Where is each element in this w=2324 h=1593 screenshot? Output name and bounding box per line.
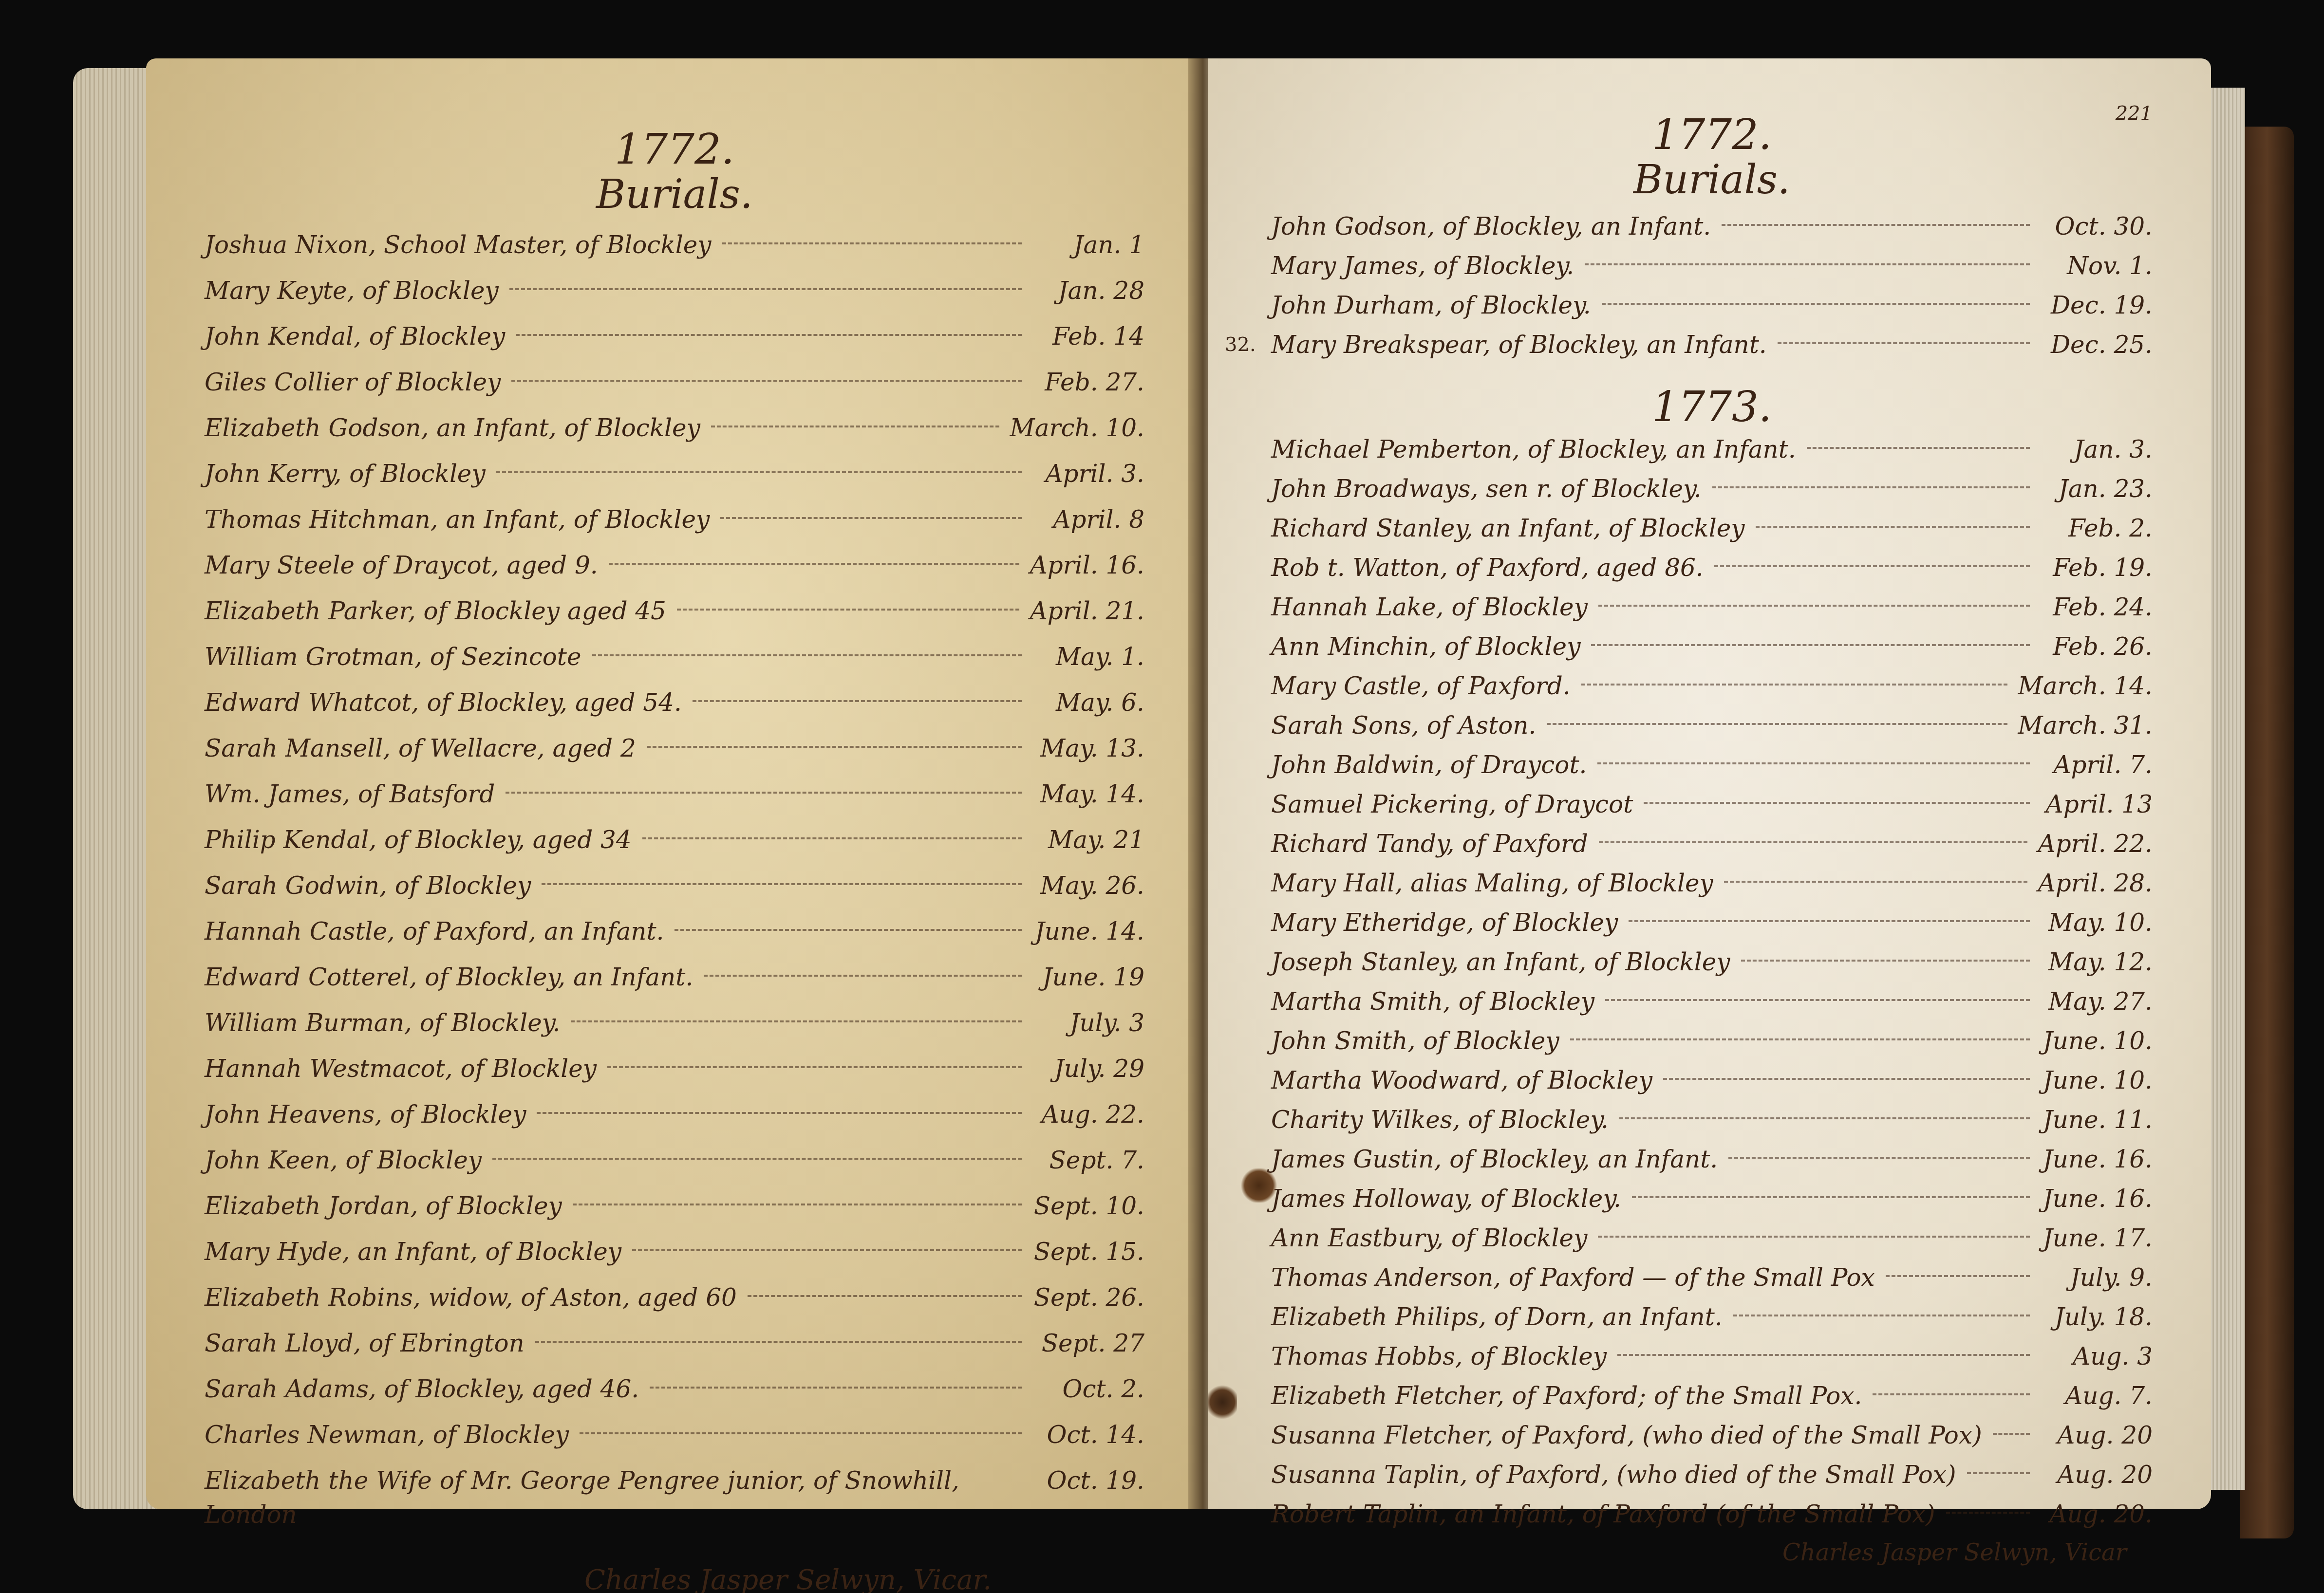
- left-page: 1772. Burials. Joshua Nixon, School Mast…: [146, 58, 1198, 1509]
- entry-name: William Grotman, of Sezincote: [205, 633, 581, 680]
- burial-entry: John Godson, of Blockley, an Infant.Oct.…: [1271, 207, 2153, 246]
- entry-name: Mary Castle, of Paxford.: [1271, 667, 1571, 706]
- entry-date: June. 16.: [2041, 1179, 2153, 1219]
- entry-name: Elizabeth Godson, an Infant, of Blockley: [205, 405, 700, 451]
- entry-date: Feb. 19.: [2041, 548, 2153, 588]
- leader-line: [516, 334, 1022, 336]
- vicar-signature: Charles Jasper Selwyn, Vicar.: [205, 1564, 1144, 1593]
- entry-date: Sept. 7.: [1032, 1137, 1144, 1184]
- page-year: 1772.: [205, 127, 1144, 173]
- leader-line: [1724, 881, 2027, 883]
- entry-date: April. 3.: [1032, 450, 1144, 497]
- entry-name: John Durham, of Blockley.: [1271, 286, 1591, 325]
- leader-line: [642, 837, 1022, 839]
- entry-name: Hannah Westmacot, of Blockley: [205, 1045, 597, 1092]
- entry-name: John Smith, of Blockley: [1271, 1021, 1559, 1061]
- entry-name: Elizabeth Parker, of Blockley aged 45: [205, 588, 666, 634]
- entry-name: Mary James, of Blockley.: [1271, 246, 1574, 286]
- entry-name: Elizabeth Fletcher, of Paxford; of the S…: [1271, 1376, 1862, 1416]
- entry-date: April. 21.: [1030, 588, 1144, 634]
- burial-entry: Joseph Stanley, an Infant, of BlockleyMa…: [1271, 943, 2153, 982]
- entry-name: James Holloway, of Blockley.: [1271, 1179, 1621, 1219]
- entry-name: Thomas Hitchman, an Infant, of Blockley: [205, 496, 710, 543]
- entry-name: Sarah Godwin, of Blockley: [205, 862, 531, 909]
- entry-name: Edward Cotterel, of Blockley, an Infant.: [205, 954, 693, 1000]
- entry-name: Ann Minchin, of Blockley: [1271, 627, 1580, 667]
- page-heading: Burials.: [205, 173, 1144, 217]
- burial-entry: Susanna Fletcher, of Paxford, (who died …: [1271, 1416, 2153, 1455]
- page-number: 221: [2116, 102, 2153, 125]
- entry-date: May. 21: [1032, 816, 1144, 863]
- burial-entry: Richard Tandy, of PaxfordApril. 22.: [1271, 824, 2153, 864]
- entry-name: Hannah Lake, of Blockley: [1271, 588, 1588, 627]
- entry-name: Elizabeth the Wife of Mr. George Pengree…: [205, 1463, 1011, 1532]
- entry-date: Jan. 23.: [2041, 469, 2153, 509]
- leader-line: [509, 288, 1022, 290]
- entry-date: Feb. 24.: [2041, 588, 2153, 627]
- page-year-1773: 1773.: [1271, 384, 2153, 430]
- entry-name: John Kerry, of Blockley: [205, 450, 486, 497]
- leader-line: [675, 929, 1022, 931]
- entry-name: Michael Pemberton, of Blockley, an Infan…: [1271, 430, 1796, 469]
- entry-date: July. 18.: [2041, 1297, 2153, 1337]
- entry-date: April. 28.: [2038, 864, 2153, 903]
- leader-line: [1598, 1236, 2030, 1238]
- entry-name: Sarah Lloyd, of Ebrington: [205, 1320, 525, 1367]
- entry-date: Feb. 26.: [2041, 627, 2153, 667]
- leader-line: [1993, 1433, 2030, 1435]
- leader-line: [720, 517, 1022, 519]
- leader-line: [647, 746, 1022, 748]
- burial-entry: John Smith, of BlockleyJune. 10.: [1271, 1021, 2153, 1061]
- entry-date: March. 31.: [2018, 706, 2153, 745]
- burial-entry: Elizabeth Philips, of Dorn, an Infant.Ju…: [1271, 1297, 2153, 1337]
- burial-entry: James Holloway, of Blockley.June. 16.: [1271, 1179, 2153, 1219]
- entry-date: April. 13: [2041, 785, 2153, 824]
- entry-date: Jan. 28: [1032, 267, 1144, 314]
- entry-date: Sept. 15.: [1032, 1228, 1144, 1275]
- leader-line: [1547, 723, 2007, 725]
- burial-entry: Sarah Sons, of Aston.March. 31.: [1271, 706, 2153, 745]
- entry-date: May. 13.: [1032, 725, 1144, 772]
- entry-name: Charity Wilkes, of Blockley.: [1271, 1100, 1609, 1140]
- leader-line: [1598, 605, 2030, 607]
- entry-date: Aug. 20: [2041, 1416, 2153, 1455]
- burial-entry: Sarah Mansell, of Wellacre, aged 2May. 1…: [205, 725, 1144, 771]
- entry-date: March. 10.: [1010, 405, 1144, 451]
- leader-line: [592, 654, 1022, 656]
- entry-date: Feb. 2.: [2041, 509, 2153, 548]
- entry-name: William Burman, of Blockley.: [205, 1000, 560, 1046]
- entry-name: Hannah Castle, of Paxford, an Infant.: [205, 908, 664, 955]
- entry-name: Joseph Stanley, an Infant, of Blockley: [1271, 943, 1730, 982]
- burial-entry: Ann Eastbury, of BlockleyJune. 17.: [1271, 1219, 2153, 1258]
- entry-name: John Kendal, of Blockley: [205, 313, 505, 360]
- leader-line: [704, 975, 1022, 977]
- burial-entry: Sarah Godwin, of BlockleyMay. 26.: [205, 862, 1144, 908]
- leader-line: [1714, 565, 2030, 567]
- burial-entry: Elizabeth Fletcher, of Paxford; of the S…: [1271, 1376, 2153, 1416]
- burial-entries-1772: John Godson, of Blockley, an Infant.Oct.…: [1271, 207, 2153, 365]
- burial-entry: Sarah Adams, of Blockley, aged 46.Oct. 2…: [205, 1366, 1144, 1411]
- leader-line: [537, 1112, 1022, 1114]
- burial-entry: Robert Taplin, an Infant, of Paxford (of…: [1271, 1495, 2153, 1534]
- leader-line: [1728, 1157, 2030, 1159]
- leader-line: [1599, 841, 2027, 843]
- burial-entry: Elizabeth Parker, of Blockley aged 45Apr…: [205, 588, 1144, 633]
- burial-entry: Samuel Pickering, of DraycotApril. 13: [1271, 785, 2153, 824]
- leader-line: [1629, 920, 2030, 922]
- leader-line: [1946, 1512, 2030, 1514]
- entry-date: June. 11.: [2041, 1100, 2153, 1140]
- entry-date: June. 14.: [1032, 908, 1144, 955]
- burial-entry: Ann Minchin, of BlockleyFeb. 26.: [1271, 627, 2153, 667]
- leader-line: [748, 1295, 1022, 1297]
- burial-entry: Joshua Nixon, School Master, of Blockley…: [205, 222, 1144, 267]
- burial-entry: Mary Keyte, of BlockleyJan. 28: [205, 267, 1144, 313]
- entry-name: Richard Stanley, an Infant, of Blockley: [1271, 509, 1745, 548]
- entry-name: John Broadways, sen r. of Blockley.: [1271, 469, 1702, 509]
- right-page: 221 1772. Burials. John Godson, of Block…: [1208, 58, 2211, 1509]
- leader-line: [1778, 342, 2030, 344]
- entry-date: April. 7.: [2041, 745, 2153, 785]
- burial-entry: Mary Hall, alias Maling, of BlockleyApri…: [1271, 864, 2153, 903]
- entry-date: Dec. 25.: [2041, 325, 2153, 365]
- burial-entry: Mary Etheridge, of BlockleyMay. 10.: [1271, 903, 2153, 943]
- entry-date: Oct. 19.: [1032, 1457, 1144, 1504]
- burial-entry: Thomas Hitchman, an Infant, of BlockleyA…: [205, 496, 1144, 542]
- burial-entry: William Burman, of Blockley.July. 3: [205, 1000, 1144, 1045]
- leader-line: [571, 1020, 1022, 1022]
- burial-entry: Wm. James, of BatsfordMay. 14.: [205, 771, 1144, 816]
- page-heading: Burials.: [1271, 158, 2153, 202]
- entry-date: June. 10.: [2041, 1061, 2153, 1100]
- leader-line: [1597, 762, 2030, 764]
- entry-name: Elizabeth Robins, widow, of Aston, aged …: [205, 1274, 737, 1321]
- entry-date: Jan. 3.: [2041, 430, 2153, 469]
- leader-line: [693, 700, 1022, 702]
- open-register-book: 1772. Burials. Joshua Nixon, School Mast…: [73, 49, 2294, 1548]
- burial-entry: John Kerry, of BlockleyApril. 3.: [205, 450, 1144, 496]
- entry-name: Susanna Fletcher, of Paxford, (who died …: [1271, 1416, 1982, 1455]
- page-year-1772: 1772.: [1271, 112, 2153, 158]
- leader-line: [1807, 447, 2030, 449]
- burial-entry: John Kendal, of BlockleyFeb. 14: [205, 313, 1144, 359]
- burial-entry: Mary Steele of Draycot, aged 9.April. 16…: [205, 542, 1144, 588]
- ink-stain: [1239, 1168, 1278, 1203]
- entry-name: Thomas Hobbs, of Blockley: [1271, 1337, 1607, 1376]
- leader-line: [580, 1432, 1022, 1434]
- burial-entry: Martha Woodward, of BlockleyJune. 10.: [1271, 1061, 2153, 1100]
- burial-entry: Edward Cotterel, of Blockley, an Infant.…: [205, 954, 1144, 1000]
- burial-entry: John Keen, of BlockleySept. 7.: [205, 1137, 1144, 1183]
- burial-entry: Elizabeth Godson, an Infant, of Blockley…: [205, 405, 1144, 450]
- entry-date: Feb. 27.: [1032, 359, 1144, 406]
- burial-entry: Sarah Lloyd, of EbringtonSept. 27: [205, 1320, 1144, 1366]
- entry-name: Elizabeth Philips, of Dorn, an Infant.: [1271, 1297, 1723, 1337]
- entry-name: Sarah Mansell, of Wellacre, aged 2: [205, 725, 636, 772]
- entry-date: Nov. 1.: [2041, 246, 2153, 286]
- entry-name: James Gustin, of Blockley, an Infant.: [1271, 1140, 1718, 1179]
- leader-line: [677, 609, 1019, 611]
- leader-line: [1570, 1038, 2030, 1040]
- leader-line: [1591, 644, 2030, 646]
- burial-entry: Mary Castle, of Paxford.March. 14.: [1271, 667, 2153, 706]
- entry-name: Wm. James, of Batsford: [205, 771, 495, 817]
- leader-line: [1967, 1472, 2030, 1474]
- entry-date: April. 8: [1032, 496, 1144, 543]
- burial-entry: Rob t. Watton, of Paxford, aged 86.Feb. …: [1271, 548, 2153, 588]
- entry-date: Feb. 14: [1032, 313, 1144, 360]
- burial-entry: John Baldwin, of Draycot.April. 7.: [1271, 745, 2153, 785]
- burial-entry: Elizabeth the Wife of Mr. George Pengree…: [205, 1457, 1144, 1535]
- ink-stain: [1208, 1383, 1237, 1422]
- entry-date: July. 3: [1032, 1000, 1144, 1046]
- burial-entry: Charity Wilkes, of Blockley.June. 11.: [1271, 1100, 2153, 1140]
- burial-entry: 32.Mary Breakspear, of Blockley, an Infa…: [1271, 325, 2153, 365]
- entry-date: Dec. 19.: [2041, 286, 2153, 325]
- entry-date: Aug. 7.: [2041, 1376, 2153, 1416]
- entry-date: June. 16.: [2041, 1140, 2153, 1179]
- leader-line: [1581, 684, 2007, 685]
- leader-line: [1663, 1078, 2030, 1080]
- burial-entry: Giles Collier of BlockleyFeb. 27.: [205, 359, 1144, 405]
- leader-line: [711, 426, 999, 427]
- burial-entry: Mary Hyde, an Infant, of BlockleySept. 1…: [205, 1228, 1144, 1274]
- leader-line: [1756, 526, 2030, 528]
- leader-line: [542, 883, 1022, 885]
- leader-line: [1712, 486, 2030, 488]
- entry-name: Samuel Pickering, of Draycot: [1271, 785, 1633, 824]
- burial-entry: John Durham, of Blockley.Dec. 19.: [1271, 286, 2153, 325]
- entry-name: Mary Keyte, of Blockley: [205, 267, 499, 314]
- entry-name: Mary Hall, alias Maling, of Blockley: [1271, 864, 1713, 903]
- entry-name: Sarah Sons, of Aston.: [1271, 706, 1536, 745]
- leader-line: [1617, 1354, 2030, 1356]
- entry-name: Martha Woodward, of Blockley: [1271, 1061, 1652, 1100]
- entry-date: May. 1.: [1032, 633, 1144, 680]
- entry-name: John Baldwin, of Draycot.: [1271, 745, 1587, 785]
- entry-date: Oct. 14.: [1032, 1411, 1144, 1458]
- entry-name: Edward Whatcot, of Blockley, aged 54.: [205, 679, 682, 726]
- entry-name: John Godson, of Blockley, an Infant.: [1271, 207, 1711, 246]
- entry-name: Charles Newman, of Blockley: [205, 1411, 569, 1458]
- burial-entry: Thomas Anderson, of Paxford — of the Sma…: [1271, 1258, 2153, 1297]
- burial-entry: Edward Whatcot, of Blockley, aged 54.May…: [205, 679, 1144, 725]
- entry-date: Aug. 20.: [2041, 1495, 2153, 1534]
- entry-name: Martha Smith, of Blockley: [1271, 982, 1594, 1021]
- burial-entry: Martha Smith, of BlockleyMay. 27.: [1271, 982, 2153, 1021]
- entry-date: Aug. 3: [2041, 1337, 2153, 1376]
- entry-date: Aug. 20: [2041, 1455, 2153, 1495]
- entry-date: April. 16.: [1030, 542, 1144, 589]
- entry-date: Oct. 30.: [2041, 207, 2153, 246]
- leader-line: [506, 792, 1022, 794]
- burial-entry: James Gustin, of Blockley, an Infant.Jun…: [1271, 1140, 2153, 1179]
- leader-line: [1605, 999, 2030, 1001]
- entry-date: Jan. 1: [1032, 222, 1144, 268]
- entry-date: May. 10.: [2041, 903, 2153, 943]
- vicar-signature: Charles Jasper Selwyn, Vicar: [1271, 1539, 2153, 1566]
- leader-line: [1602, 303, 2030, 305]
- burial-entry: Susanna Taplin, of Paxford, (who died of…: [1271, 1455, 2153, 1495]
- entry-name: Robert Taplin, an Infant, of Paxford (of…: [1271, 1495, 1935, 1534]
- burial-entry: Michael Pemberton, of Blockley, an Infan…: [1271, 430, 2153, 469]
- entry-name: Rob t. Watton, of Paxford, aged 86.: [1271, 548, 1704, 588]
- entry-date: July. 9.: [2041, 1258, 2153, 1297]
- burial-entry: Hannah Westmacot, of BlockleyJuly. 29: [205, 1045, 1144, 1091]
- leader-line: [535, 1341, 1022, 1343]
- margin-note: 32.: [1225, 325, 1256, 365]
- leader-line: [722, 242, 1022, 244]
- burial-entry: Hannah Lake, of BlockleyFeb. 24.: [1271, 588, 2153, 627]
- leader-line: [496, 471, 1022, 473]
- leader-line: [1722, 224, 2030, 226]
- entry-date: Oct. 2.: [1032, 1366, 1144, 1412]
- burial-entries-1773: Michael Pemberton, of Blockley, an Infan…: [1271, 430, 2153, 1534]
- entry-name: John Keen, of Blockley: [205, 1137, 482, 1184]
- leader-line: [1644, 802, 2030, 804]
- burial-entry: Mary James, of Blockley.Nov. 1.: [1271, 246, 2153, 286]
- entry-name: Giles Collier of Blockley: [205, 359, 501, 406]
- entry-date: May. 12.: [2041, 943, 2153, 982]
- entry-date: June. 10.: [2041, 1021, 2153, 1061]
- leader-line: [1886, 1275, 2030, 1277]
- entry-date: April. 22.: [2038, 824, 2153, 864]
- burial-entry: Thomas Hobbs, of BlockleyAug. 3: [1271, 1337, 2153, 1376]
- entry-name: Sarah Adams, of Blockley, aged 46.: [205, 1366, 639, 1412]
- leader-line: [650, 1387, 1022, 1389]
- burial-entry: Philip Kendal, of Blockley, aged 34May. …: [205, 816, 1144, 862]
- entry-name: Mary Steele of Draycot, aged 9.: [205, 542, 598, 589]
- burial-entry: Hannah Castle, of Paxford, an Infant.Jun…: [205, 908, 1144, 954]
- entry-date: Sept. 10.: [1032, 1183, 1144, 1229]
- leader-line: [1619, 1117, 2030, 1119]
- entry-date: May. 27.: [2041, 982, 2153, 1021]
- burial-entry: Richard Stanley, an Infant, of BlockleyF…: [1271, 509, 2153, 548]
- entry-name: Elizabeth Jordan, of Blockley: [205, 1183, 562, 1229]
- entry-date: May. 6.: [1032, 679, 1144, 726]
- burial-entry: John Broadways, sen r. of Blockley.Jan. …: [1271, 469, 2153, 509]
- entry-date: Sept. 27: [1032, 1320, 1144, 1367]
- entry-name: Philip Kendal, of Blockley, aged 34: [205, 816, 632, 863]
- leader-line: [511, 380, 1022, 382]
- burial-entry: Charles Newman, of BlockleyOct. 14.: [205, 1411, 1144, 1457]
- leader-line: [492, 1158, 1022, 1160]
- leader-line: [609, 563, 1019, 565]
- entry-name: Joshua Nixon, School Master, of Blockley: [205, 222, 712, 268]
- leader-line: [632, 1249, 1022, 1251]
- entry-date: Aug. 22.: [1032, 1091, 1144, 1138]
- entry-date: July. 29: [1032, 1045, 1144, 1092]
- entry-name: Richard Tandy, of Paxford: [1271, 824, 1588, 864]
- entry-name: Mary Breakspear, of Blockley, an Infant.: [1271, 325, 1767, 365]
- burial-entry: John Heavens, of BlockleyAug. 22.: [205, 1091, 1144, 1137]
- leader-line: [573, 1204, 1022, 1205]
- leader-line: [1733, 1315, 2030, 1316]
- leader-line: [1741, 960, 2030, 962]
- entry-name: Mary Hyde, an Infant, of Blockley: [205, 1228, 621, 1275]
- entry-name: Thomas Anderson, of Paxford — of the Sma…: [1271, 1258, 1875, 1297]
- entry-date: June. 19: [1032, 954, 1144, 1000]
- entry-date: May. 26.: [1032, 862, 1144, 909]
- burial-entry: William Grotman, of SezincoteMay. 1.: [205, 633, 1144, 679]
- leader-line: [1873, 1393, 2030, 1395]
- leader-line: [607, 1066, 1022, 1068]
- burial-entry: Elizabeth Jordan, of BlockleySept. 10.: [205, 1183, 1144, 1228]
- entry-name: Mary Etheridge, of Blockley: [1271, 903, 1618, 943]
- entry-date: March. 14.: [2018, 667, 2153, 706]
- leader-line: [1585, 263, 2030, 265]
- entry-date: May. 14.: [1032, 771, 1144, 817]
- leather-cover: [2240, 127, 2294, 1538]
- entry-date: June. 17.: [2041, 1219, 2153, 1258]
- leader-line: [1632, 1196, 2030, 1198]
- entry-name: John Heavens, of Blockley: [205, 1091, 526, 1138]
- burial-entry: Elizabeth Robins, widow, of Aston, aged …: [205, 1274, 1144, 1320]
- entry-date: Sept. 26.: [1032, 1274, 1144, 1321]
- entry-name: Susanna Taplin, of Paxford, (who died of…: [1271, 1455, 1956, 1495]
- burial-entries: Joshua Nixon, School Master, of Blockley…: [205, 222, 1144, 1535]
- entry-name: Ann Eastbury, of Blockley: [1271, 1219, 1587, 1258]
